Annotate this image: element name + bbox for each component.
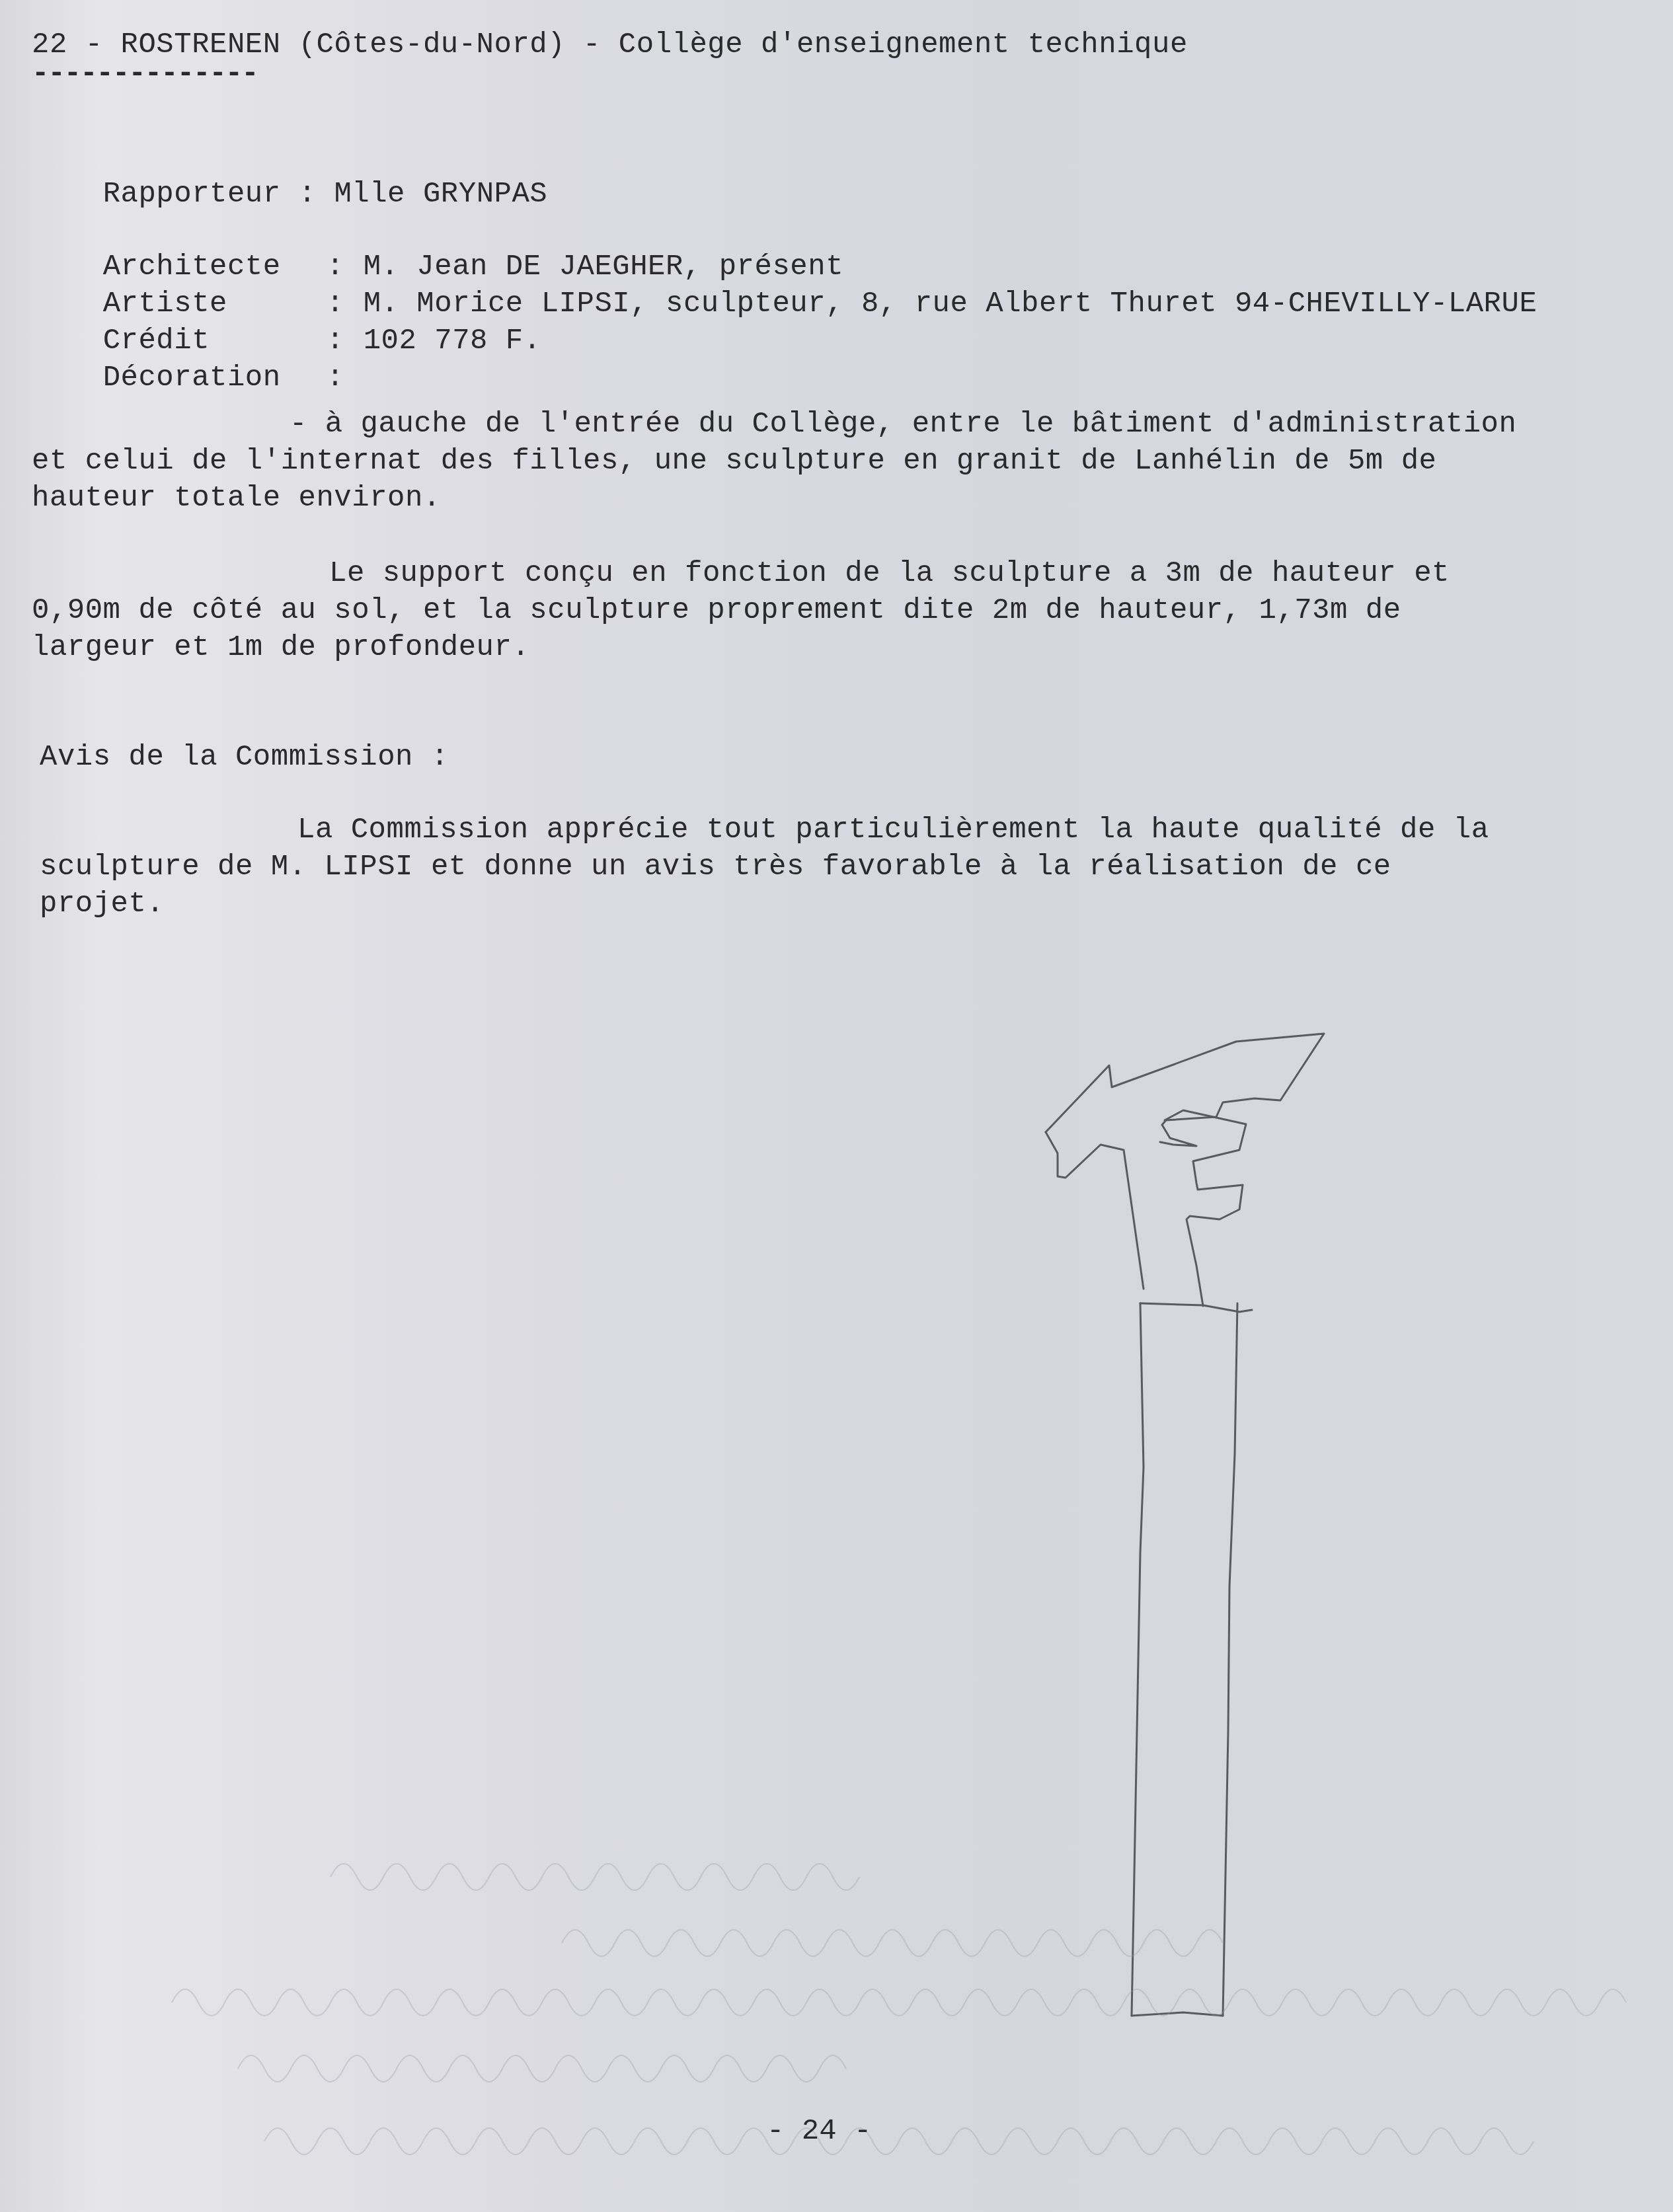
- decoration-paragraph-1-line: - à gauche de l'entrée du Collège, entre…: [32, 406, 1516, 443]
- decoration-paragraph-1-line: et celui de l'internat des filles, une s…: [32, 443, 1436, 480]
- field-value: 102 778 F.: [364, 324, 541, 358]
- field-separator: :: [327, 360, 364, 397]
- title-underline: --------------: [32, 56, 258, 93]
- field-label: Décoration: [103, 360, 327, 397]
- commission-heading: Avis de la Commission :: [40, 739, 449, 776]
- field-label: Rapporteur: [103, 178, 281, 211]
- commission-paragraph-line: La Commission apprécie tout particulière…: [40, 812, 1489, 849]
- field-separator: :: [299, 178, 317, 211]
- sculpture-sketch: [992, 991, 1454, 2049]
- commission-paragraph-line: sculpture de M. LIPSI et donne un avis t…: [40, 849, 1391, 886]
- decoration-paragraph-2-line: 0,90m de côté au sol, et la sculpture pr…: [32, 592, 1401, 629]
- page-number: - 24 -: [767, 2115, 871, 2148]
- field-value: Mlle GRYNPAS: [334, 178, 547, 211]
- decoration-paragraph-1-line: hauteur totale environ.: [32, 480, 441, 517]
- commission-paragraph-line: projet.: [40, 886, 164, 923]
- document-page: 22 - ROSTRENEN (Côtes-du-Nord) - Collège…: [0, 0, 1673, 2212]
- decoration-paragraph-2-line: Le support conçu en fonction de la sculp…: [32, 555, 1450, 592]
- decoration-paragraph-2-line: largeur et 1m de profondeur.: [32, 629, 529, 666]
